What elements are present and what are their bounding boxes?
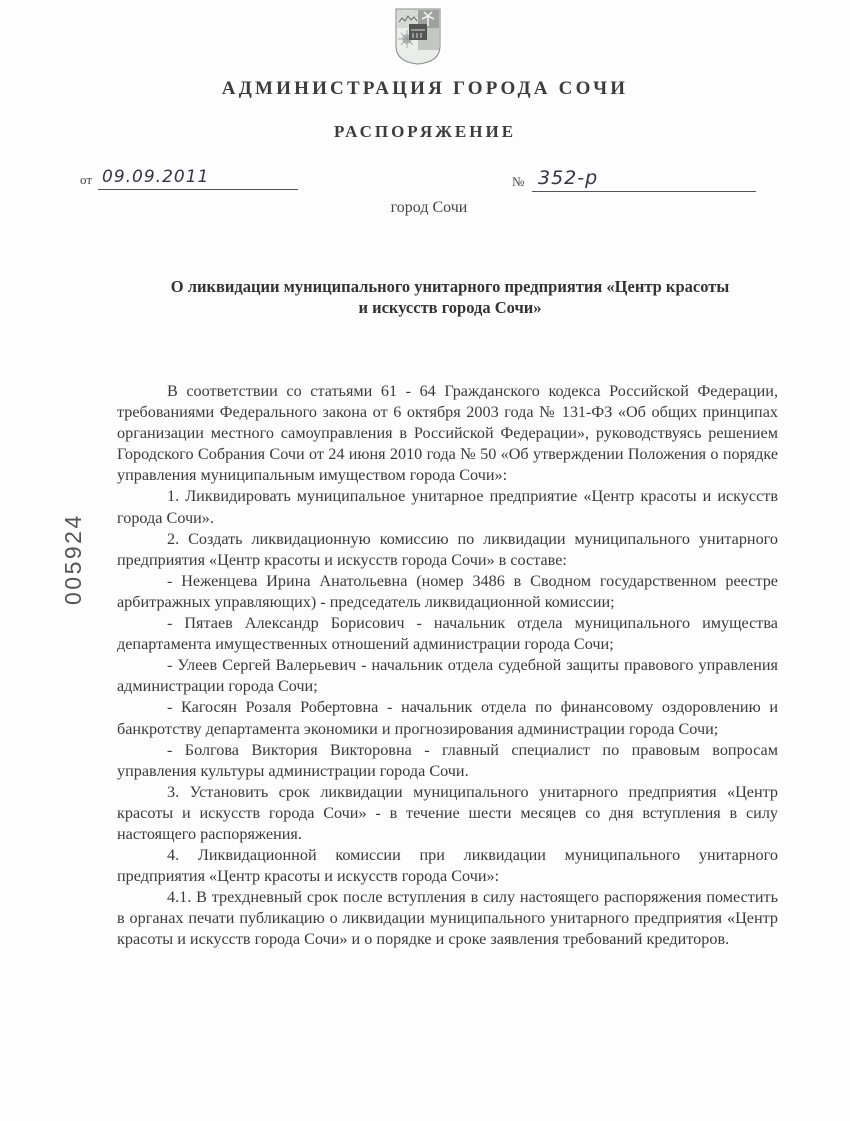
document-page: АДМИНИСТРАЦИЯ ГОРОДА СОЧИ РАСПОРЯЖЕНИЕ о… — [0, 0, 850, 1121]
coat-of-arms-icon — [393, 6, 443, 66]
date-label: от — [80, 172, 92, 188]
commission-member-2: - Пятаев Александр Борисович - начальник… — [117, 613, 778, 655]
clause-4: 4. Ликвидационной комиссии при ликвидаци… — [117, 845, 778, 887]
date-value: 09.09.2011 — [102, 167, 209, 187]
document-body: В соответствии со статьями 61 - 64 Гражд… — [117, 381, 778, 951]
commission-member-3: - Улеев Сергей Валерьевич - начальник от… — [117, 655, 778, 697]
number-label: № — [512, 174, 524, 190]
title-line-2: и искусств города Сочи» — [110, 297, 790, 318]
date-field: от 09.09.2011 — [80, 168, 300, 192]
number-value: 352-р — [538, 167, 598, 189]
serial-number: 005924 — [60, 513, 87, 605]
organization-name: АДМИНИСТРАЦИЯ ГОРОДА СОЧИ — [0, 78, 850, 100]
title-line-1: О ликвидации муниципального унитарного п… — [110, 276, 790, 297]
document-type: РАСПОРЯЖЕНИЕ — [0, 122, 850, 142]
commission-member-5: - Болгова Виктория Викторовна - главный … — [117, 740, 778, 782]
commission-member-1: - Неженцева Ирина Анатольевна (номер 348… — [117, 571, 778, 613]
commission-member-4: - Кагосян Розаля Робертовна - начальник … — [117, 697, 778, 739]
document-title: О ликвидации муниципального унитарного п… — [110, 276, 790, 318]
clause-1: 1. Ликвидировать муниципальное унитарное… — [117, 486, 778, 528]
number-underline — [532, 191, 756, 192]
preamble-paragraph: В соответствии со статьями 61 - 64 Гражд… — [117, 381, 778, 486]
date-underline — [98, 189, 298, 190]
number-field: № 352-р — [512, 166, 757, 194]
clause-4-1: 4.1. В трехдневный срок после вступления… — [117, 887, 778, 950]
clause-2: 2. Создать ликвидационную комиссию по ли… — [117, 529, 778, 571]
city-name: город Сочи — [0, 199, 850, 217]
clause-3: 3. Установить срок ликвидации муниципаль… — [117, 782, 778, 845]
